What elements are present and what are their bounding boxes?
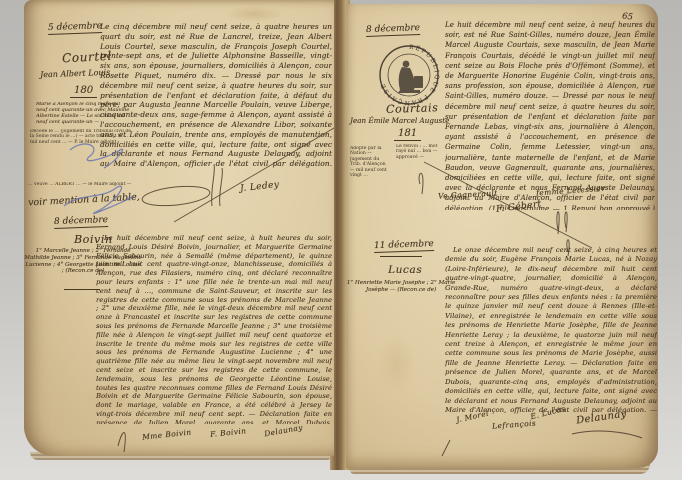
page-right: 65 8 décembre RÉPUBLIQUE FRANÇAISE Court… (346, 4, 658, 468)
signature-f-boivin: F. Boivin (210, 426, 247, 439)
margin-date-act1: 5 décembre (48, 21, 102, 35)
margin-children-list-lucas: 1° Henriette Marie Josèphe ; 2° Marie Jo… (346, 280, 456, 310)
margin-divider (64, 289, 100, 290)
margin-act-number-181: 181 (394, 128, 421, 141)
marginal-mention-renvoi: Le renvoi : … mot rayé nul … bon — appro… (396, 144, 442, 196)
margin-surname-lucas: Lucas (388, 264, 422, 276)
paper-stain (376, 334, 416, 394)
register-scan: 5 décembre Courtel Jean Albert Louis 180… (0, 0, 682, 480)
margin-act-number-180: 180 (70, 85, 97, 98)
paper-stain (224, 6, 284, 22)
signature-delaunay-left: Delaunay (264, 423, 304, 439)
small-flourish (118, 433, 125, 453)
margin-divider (380, 256, 422, 257)
signature-underline-flourish (442, 431, 642, 456)
signature-mme-boivin: Mme Boivin (142, 427, 192, 441)
margin-date-act2: 8 décembre (54, 215, 108, 229)
margin-firstnames-courtais: Jean Émile Marcel Auguste (350, 116, 449, 125)
act-text-lucas-recognition: Le onze décembre mil neuf cent seize, à … (445, 246, 657, 418)
margin-date-act1-right: 8 décembre (366, 23, 420, 37)
act-text-courtais-birth: Le huit décembre mil neuf cent seize, à … (445, 20, 655, 210)
act-text-courtel-birth: Le cinq décembre mil neuf cent seize, à … (100, 22, 332, 174)
signature-lefrancois: Lefrançois (492, 418, 537, 430)
republique-francaise-stamp-icon: RÉPUBLIQUE FRANÇAISE (374, 40, 444, 110)
signature-ledey: J. Ledey (240, 180, 280, 194)
margin-date-act2-right: 11 décembre (374, 239, 434, 253)
act-text-boivin-recognition: Le huit décembre mil neuf cent seize, à … (96, 234, 332, 424)
margin-surname-courtais: Courtais (386, 101, 439, 116)
marginal-mention-adoption: Adopté par la Nation — jugement du Trib.… (350, 146, 388, 194)
page-left: 5 décembre Courtel Jean Albert Louis 180… (24, 0, 334, 456)
pen-flourish-tall (557, 212, 567, 234)
stamp-seated-figure (398, 61, 423, 93)
